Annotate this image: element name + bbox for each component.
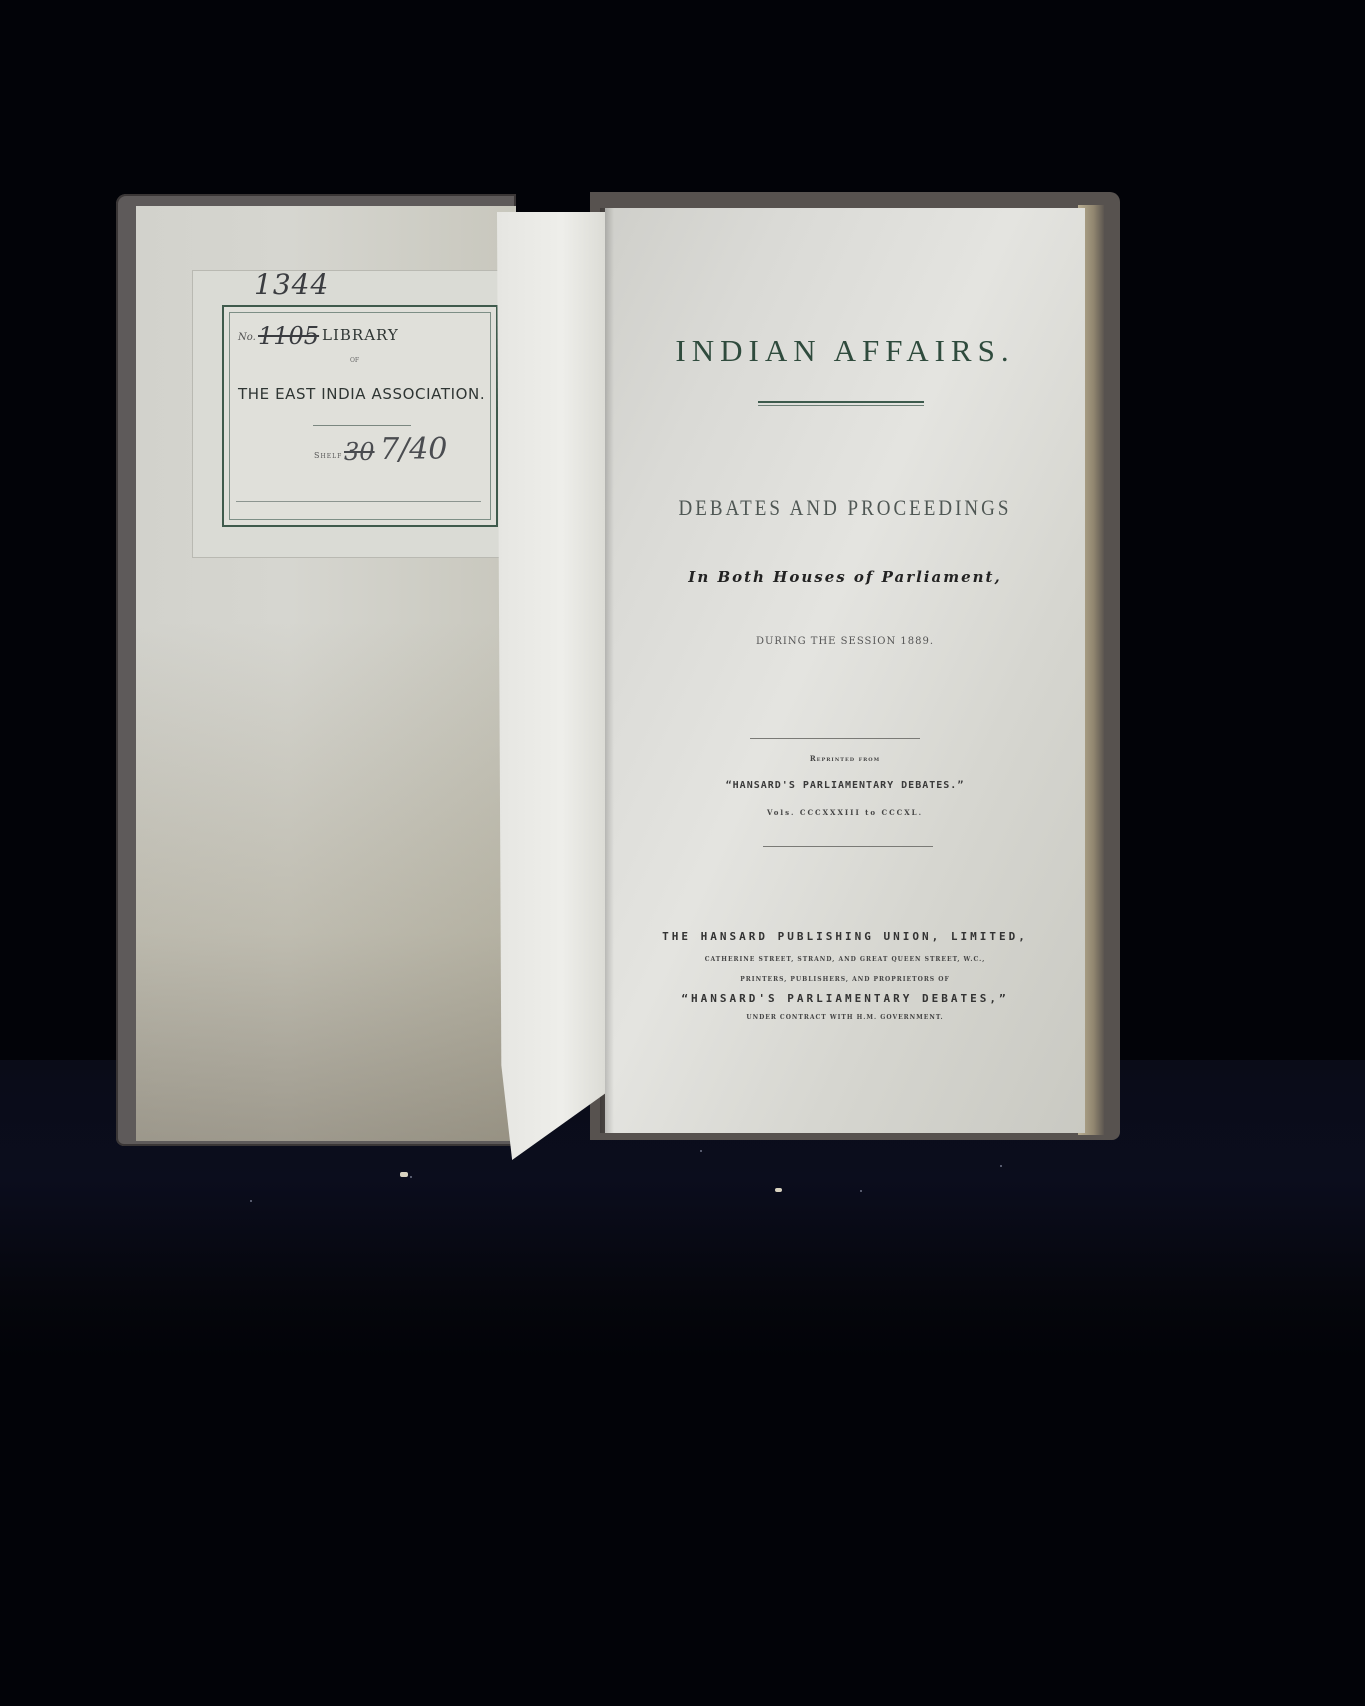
bookplate-shelf-label: Shelf: [314, 451, 342, 460]
paper-crumb: [775, 1188, 782, 1192]
paper-crumb: [400, 1172, 408, 1177]
dust-speck: [1000, 1165, 1002, 1167]
volumes: Vols. CCCXXXIII to CCCXL.: [605, 808, 1085, 817]
session-line: DURING THE SESSION 1889.: [605, 636, 1085, 647]
handwritten-old-number: 1105: [258, 322, 319, 350]
handwritten-old-shelf: 30: [344, 438, 375, 466]
bookplate-rule: [313, 425, 411, 426]
bookplate-library: LIBRARY: [322, 326, 399, 344]
source-title-repeat: “HANSARD'S PARLIAMENTARY DEBATES,”: [605, 992, 1085, 1005]
subtitle: DEBATES AND PROCEEDINGS: [605, 496, 1085, 521]
title-rule: [758, 401, 924, 403]
publisher: THE HANSARD PUBLISHING UNION, LIMITED,: [605, 930, 1085, 943]
flyleaf-page: [497, 212, 605, 1160]
publisher-role: PRINTERS, PUBLISHERS, AND PROPRIETORS OF: [605, 976, 1085, 983]
dust-speck: [410, 1176, 412, 1178]
bookplate-bottom-rule: [236, 501, 481, 502]
source-title: “HANSARD'S PARLIAMENTARY DEBATES.”: [605, 780, 1085, 791]
dust-speck: [860, 1190, 862, 1192]
bookplate-no-label: No.: [238, 332, 256, 343]
reprinted-from: Reprinted from: [605, 754, 1085, 763]
contract-line: UNDER CONTRACT WITH H.M. GOVERNMENT.: [605, 1014, 1085, 1021]
divider-rule: [750, 738, 920, 739]
houses-line: In Both Houses of Parliament,: [605, 568, 1085, 586]
handwritten-accession-number: 1344: [254, 268, 329, 301]
handwritten-shelf-number: 7/40: [380, 432, 447, 467]
dust-speck: [700, 1150, 702, 1152]
divider-rule: [763, 846, 933, 847]
publisher-address: CATHERINE STREET, STRAND, AND GREAT QUEE…: [605, 956, 1085, 963]
title-rule-thin: [758, 405, 924, 406]
dust-speck: [250, 1200, 252, 1202]
title: INDIAN AFFAIRS.: [605, 333, 1085, 369]
bookplate-association: THE EAST INDIA ASSOCIATION.: [238, 385, 485, 403]
bookplate-of: OF: [350, 357, 359, 364]
title-page: INDIAN AFFAIRS. DEBATES AND PROCEEDINGS …: [605, 208, 1085, 1133]
